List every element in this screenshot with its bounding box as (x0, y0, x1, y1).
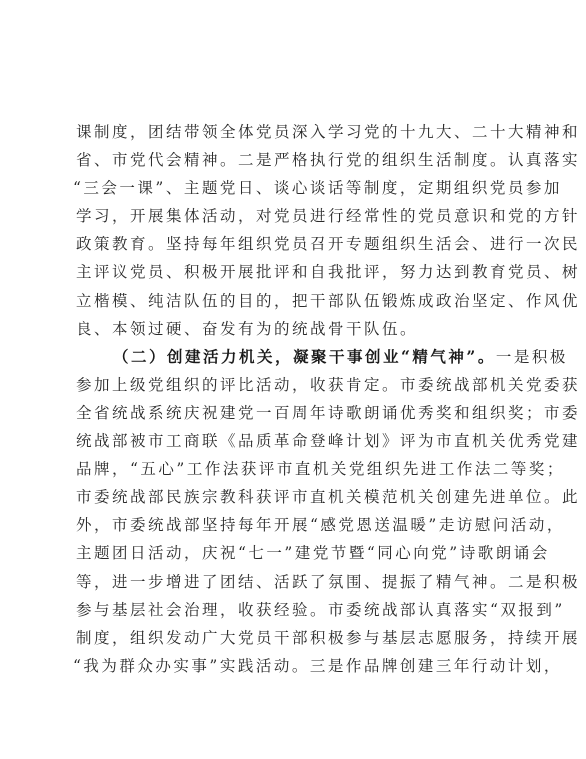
text-line: 政策教育。坚持每年组织党员召开专题组织生活会、进行一次民 (76, 230, 506, 258)
text-line: 全省统战系统庆祝建党一百周年诗歌朗诵优秀奖和组织奖；市委 (76, 399, 506, 427)
text-line: 统战部被市工商联《品质革命登峰计划》评为市直机关优秀党建 (76, 427, 506, 455)
text-line: 良、本领过硬、奋发有为的统战骨干队伍。 (76, 315, 506, 343)
document-body: 课制度，团结带领全体党员深入学习党的十九大、二十大精神和 省、市党代会精神。二是… (76, 118, 506, 680)
text-line: 市委统战部民族宗教科获评市直机关模范机关创建先进单位。此 (76, 483, 506, 511)
text-line: 参加上级党组织的评比活动，收获肯定。市委统战部机关党委获 (76, 371, 506, 399)
heading-tail-text: 一是积极 (496, 348, 568, 366)
paragraph-vibrant-organ: （二）创建活力机关，凝聚干事创业“精气神”。一是积极 参加上级党组织的评比活动，… (76, 343, 506, 680)
text-line: 外，市委统战部坚持每年开展“感党恩送温暖”走访慰问活动， (76, 511, 506, 539)
text-line: “我为群众办实事”实践活动。三是作品牌创建三年行动计划， (73, 652, 506, 680)
text-line: 主题团日活动，庆祝“七一”建党节暨“同心向党”诗歌朗诵会 (76, 539, 506, 567)
text-line: “三会一课”、主题党日、谈心谈话等制度，定期组织党员参加 (73, 174, 506, 202)
text-line: 课制度，团结带领全体党员深入学习党的十九大、二十大精神和 (76, 118, 506, 146)
section-heading-line: （二）创建活力机关，凝聚干事创业“精气神”。一是积极 (76, 343, 506, 371)
text-line: 学习，开展集体活动，对党员进行经常性的党员意识和党的方针 (76, 202, 506, 230)
paragraph-party-organization-life: 课制度，团结带领全体党员深入学习党的十九大、二十大精神和 省、市党代会精神。二是… (76, 118, 506, 343)
text-line: 主评议党员、积极开展批评和自我批评，努力达到教育党员、树 (76, 258, 506, 286)
text-line: 立楷模、纯洁队伍的目的，把干部队伍锻炼成政治坚定、作风优 (76, 287, 506, 315)
text-line: 省、市党代会精神。二是严格执行党的组织生活制度。认真落实 (76, 146, 506, 174)
text-line: 制度，组织发动广大党员干部积极参与基层志愿服务，持续开展 (76, 624, 506, 652)
text-line: 等，进一步增进了团结、活跃了氛围、提振了精气神。二是积极 (76, 568, 506, 596)
text-line: 参与基层社会治理，收获经验。市委统战部认真落实“双报到” (76, 596, 506, 624)
section-heading: （二）创建活力机关，凝聚干事创业“精气神”。 (113, 347, 496, 366)
text-line: 品牌，“五心”工作法获评市直机关党组织先进工作法二等奖； (76, 455, 506, 483)
document-page: 课制度，团结带领全体党员深入学习党的十九大、二十大精神和 省、市党代会精神。二是… (0, 0, 586, 759)
